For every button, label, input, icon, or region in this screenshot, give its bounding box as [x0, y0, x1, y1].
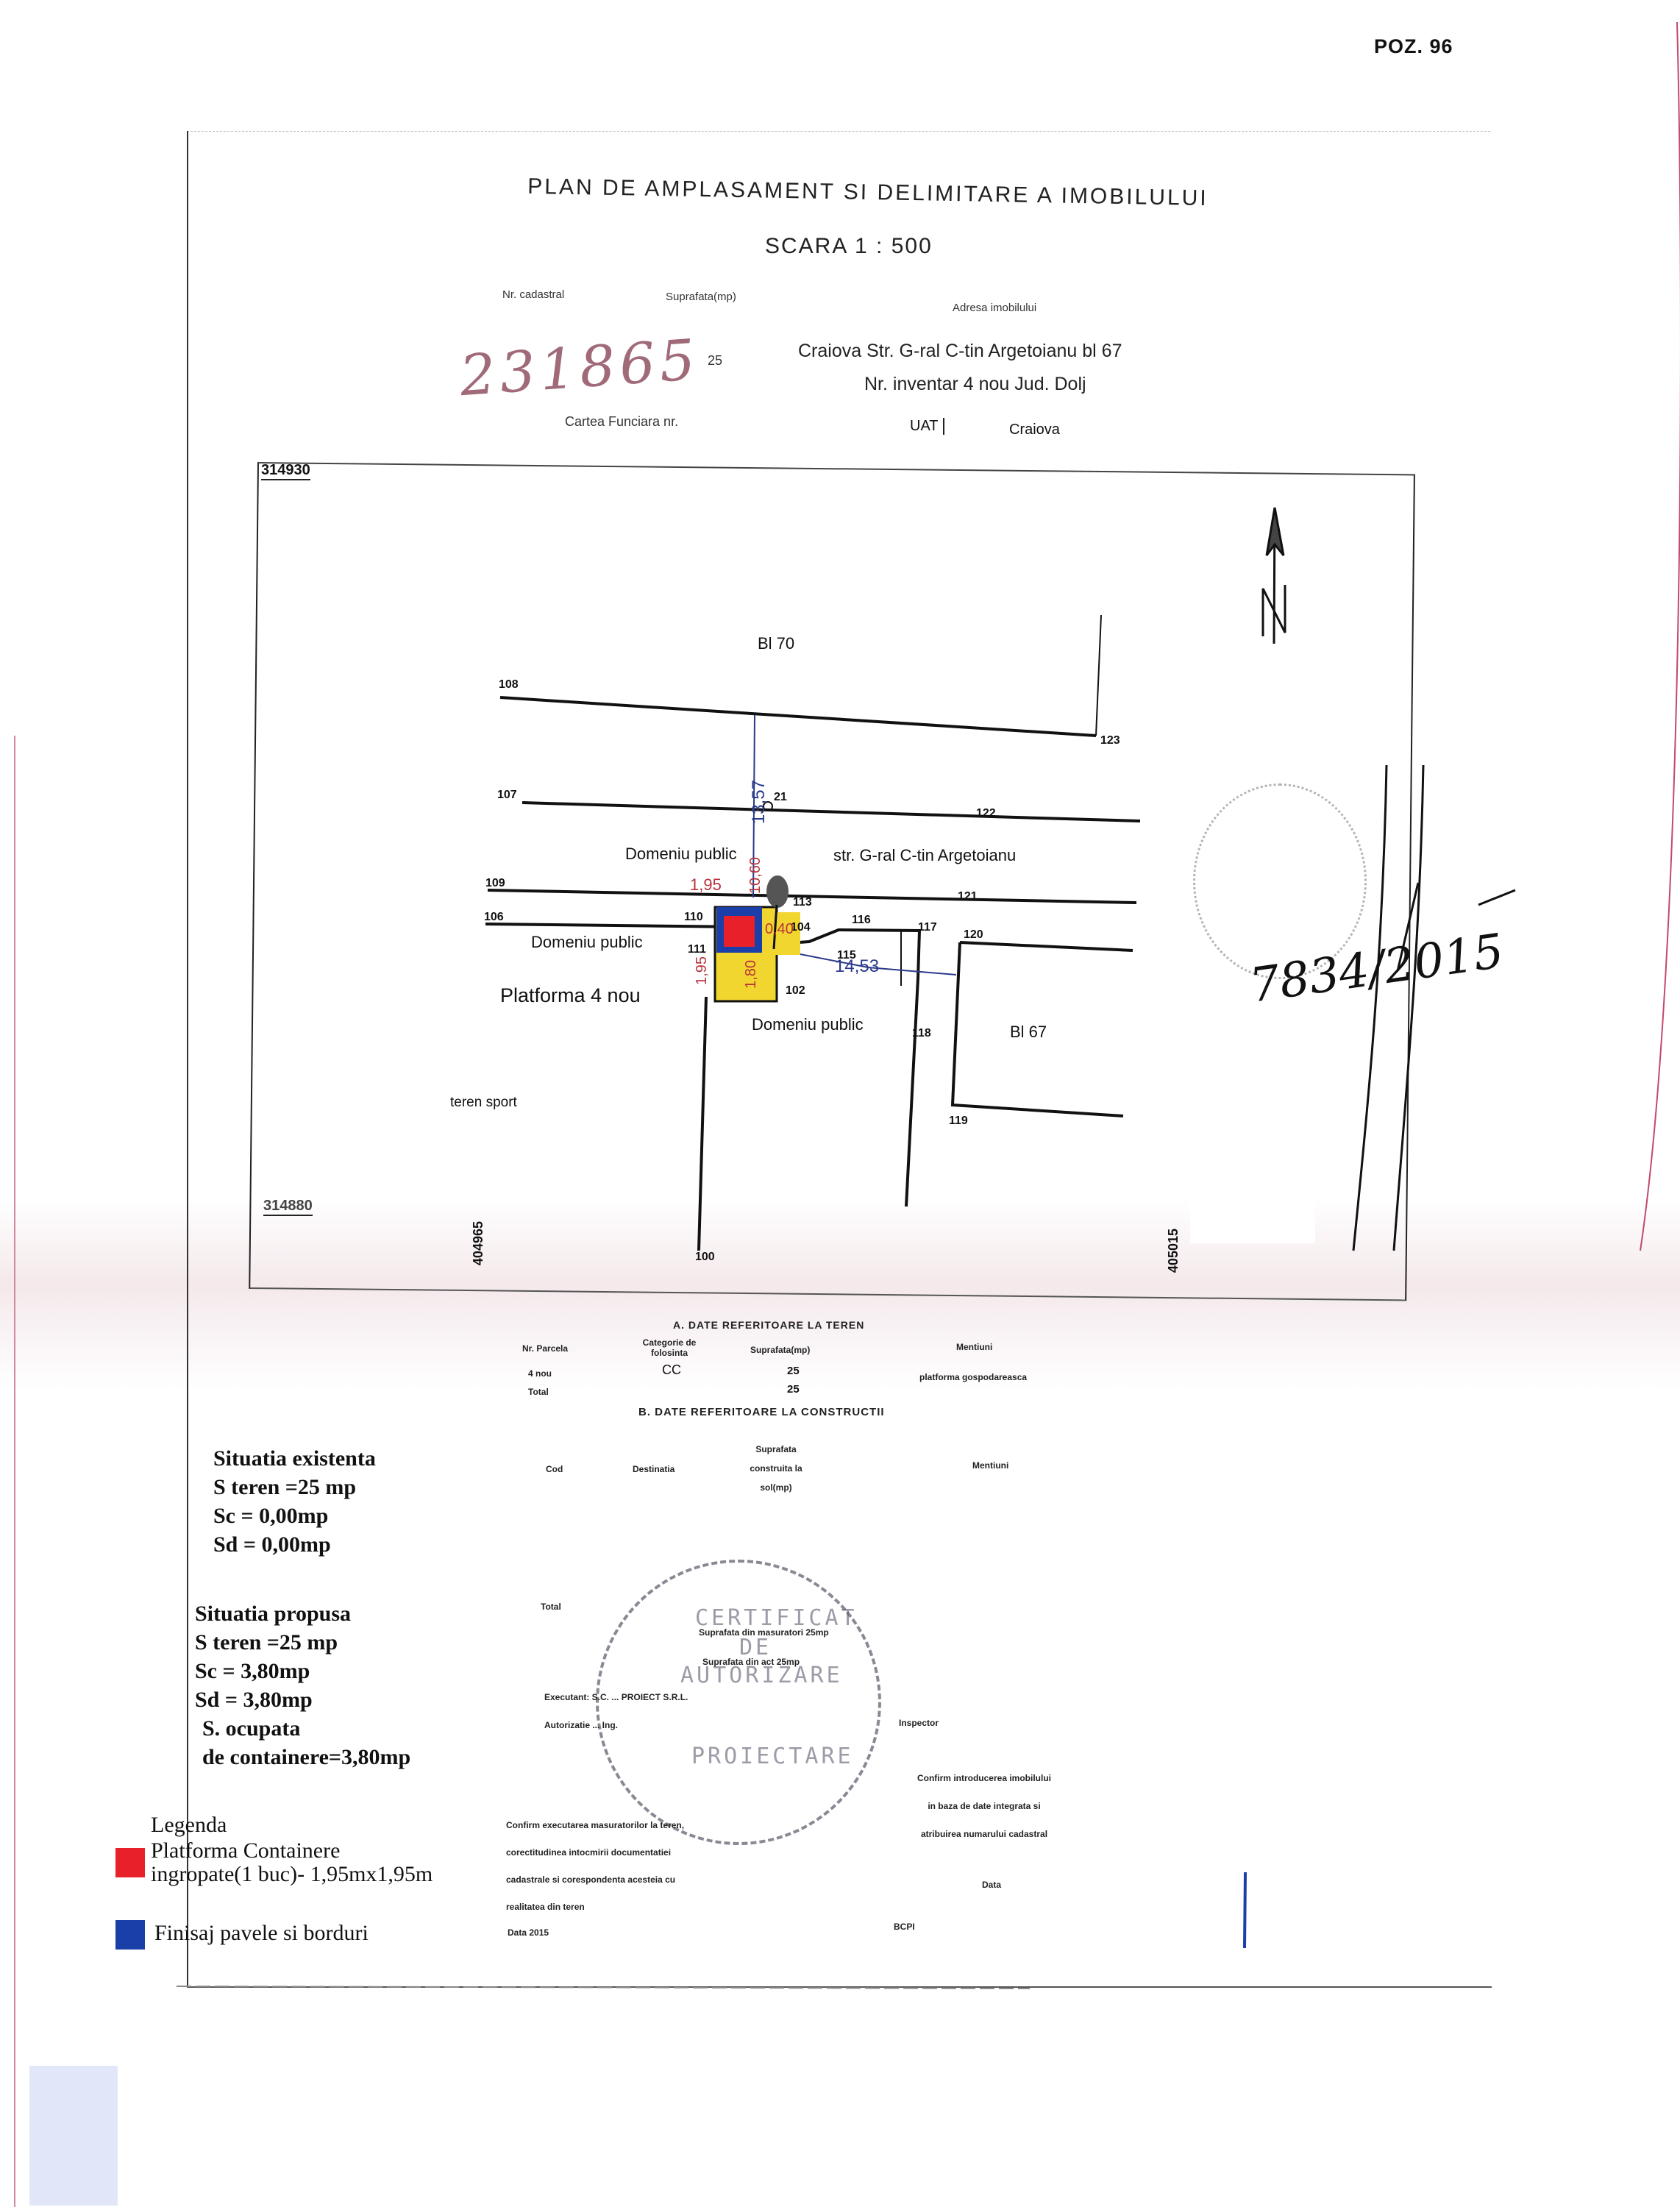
table-land-header: Mentiuni [956, 1342, 992, 1352]
confirm-right-line: Confirm introducerea imobilului [874, 1764, 1095, 1792]
point-label: 119 [949, 1115, 968, 1128]
point-label: 110 [684, 911, 703, 924]
sport-field-label: teren sport [450, 1095, 517, 1111]
author-line: Autorizatie ... Ing. [544, 1720, 618, 1730]
dimension-east-distance: 14,53 [835, 956, 879, 977]
confirm-right-line: atribuirea numarului cadastral [874, 1820, 1095, 1848]
point-label: 104 [791, 921, 811, 934]
point-label: 109 [485, 877, 505, 890]
proposed-situation-line: de containere=3,80mp [195, 1743, 410, 1771]
table-land-cell: CC [662, 1362, 681, 1378]
confirm-right-block: Confirm introducerea imobilului in baza … [874, 1764, 1095, 1848]
table-construction-title: B. DATE REFERITOARE LA CONSTRUCTII [638, 1406, 885, 1418]
ocpi-label: BCPI [894, 1922, 915, 1932]
confirm-left-line: cadastrale si corespondenta acesteia cu [506, 1866, 684, 1894]
proposed-situation-line: Sc = 3,80mp [195, 1657, 410, 1685]
executant-label: Executant: S.C. ... PROIECT S.R.L. [544, 1692, 688, 1702]
point-label: 121 [958, 890, 978, 903]
table-land-header: Nr. Parcela [522, 1343, 568, 1354]
point-label: 122 [976, 807, 996, 820]
legend-item-label: ingropate(1 buc)- 1,95mx1,95m [151, 1863, 433, 1886]
surface-act: Suprafata din act 25mp [702, 1657, 800, 1667]
dimension-south: 1,80 [743, 960, 760, 989]
table-construction-header: Cod [546, 1464, 563, 1474]
point-label: 107 [497, 789, 517, 802]
point-label: 100 [695, 1251, 715, 1264]
legend-swatch-blue [115, 1920, 145, 1950]
legend-swatch-red [115, 1848, 145, 1877]
existing-situation-line: Sc = 0,00mp [213, 1501, 376, 1530]
confirm-left-line: Confirm executarea masuratorilor la tere… [506, 1812, 684, 1839]
dimension-east-offset: 0,40 [765, 921, 794, 938]
public-domain-label-1: Domeniu public [625, 845, 737, 864]
proposed-situation: Situatia propusa S teren =25 mp Sc = 3,8… [195, 1599, 410, 1771]
point-label: 102 [786, 984, 805, 998]
table-construction-total: Total [541, 1602, 561, 1612]
table-land-title: A. DATE REFERITOARE LA TEREN [673, 1319, 864, 1331]
dimension-vertical-partial: 10,60 [747, 857, 764, 894]
confirm-left-line: realitatea din teren [506, 1894, 684, 1921]
dimension-left-height: 1,95 [694, 956, 711, 985]
faint-rotated-stamp [29, 2066, 118, 2206]
legend-item-platform: Platforma Containere ingropate(1 buc)- 1… [151, 1839, 433, 1886]
date-right: Data [982, 1880, 1001, 1890]
table-construction-header: Destinatia [633, 1464, 675, 1474]
confirm-left-block: Confirm executarea masuratorilor la tere… [506, 1812, 684, 1921]
dimension-top-width: 1,95 [690, 875, 722, 895]
legend-item-paving: Finisaj pavele si borduri [154, 1922, 369, 1945]
legend-title: Legenda [151, 1813, 227, 1837]
public-domain-label-3: Domeniu public [752, 1015, 864, 1034]
point-label: 118 [912, 1027, 931, 1040]
proposed-situation-line: S. ocupata [195, 1714, 410, 1743]
existing-situation: Situatia existenta S teren =25 mp Sc = 0… [213, 1444, 376, 1559]
dimension-vertical-total: 13,57 [749, 780, 769, 824]
point-label: 123 [1100, 734, 1120, 747]
table-construction-header: Mentiuni [972, 1460, 1008, 1471]
existing-situation-line: Sd = 0,00mp [213, 1530, 376, 1559]
platform-label: Platforma 4 nou [500, 984, 641, 1007]
point-label: 106 [484, 911, 504, 924]
street-label: str. G-ral C-tin Argetoianu [833, 846, 1016, 865]
proposed-situation-line: Sd = 3,80mp [195, 1685, 410, 1714]
confirm-right-line: in baza de date integrata si [874, 1792, 1095, 1820]
date-left: Data 2015 [508, 1927, 549, 1938]
table-land-header: Categorie de folosinta [629, 1337, 710, 1358]
north-arrow-icon [1263, 508, 1285, 644]
existing-situation-line: S teren =25 mp [213, 1473, 376, 1501]
table-construction-header: Suprafata construita la sol(mp) [743, 1440, 809, 1497]
confirm-left-line: corectitudinea intocmirii documentatiei [506, 1839, 684, 1866]
point-label: 117 [918, 921, 937, 934]
proposed-situation-line: S teren =25 mp [195, 1628, 410, 1657]
proposed-situation-title: Situatia propusa [195, 1599, 410, 1628]
block-east-label: Bl 67 [1010, 1023, 1047, 1042]
table-land-cell: 4 nou [528, 1368, 552, 1379]
point-label: 21 [774, 791, 787, 804]
existing-situation-title: Situatia existenta [213, 1444, 376, 1473]
table-land-header: Suprafata(mp) [750, 1345, 810, 1355]
stamp-word: PROIECTARE [691, 1744, 854, 1769]
point-label: 113 [793, 896, 812, 909]
point-label: 111 [688, 943, 706, 956]
surface-measured: Suprafata din masuratori 25mp [699, 1627, 829, 1638]
legend-item-label: Platforma Containere [151, 1839, 433, 1863]
inspector-label: Inspector [899, 1718, 939, 1728]
table-land-cell: Total [528, 1387, 549, 1397]
point-label: 120 [964, 928, 983, 942]
table-land-cell: 25 [787, 1383, 800, 1396]
table-land-cell: 25 [787, 1365, 800, 1377]
point-label: 116 [852, 914, 871, 927]
block-north-label: Bl 70 [758, 634, 794, 653]
table-land-cell: platforma gospodareasca [919, 1372, 1027, 1382]
public-domain-label-2: Domeniu public [531, 933, 643, 952]
certification-stamp [596, 1560, 881, 1845]
point-label: 108 [499, 678, 519, 692]
